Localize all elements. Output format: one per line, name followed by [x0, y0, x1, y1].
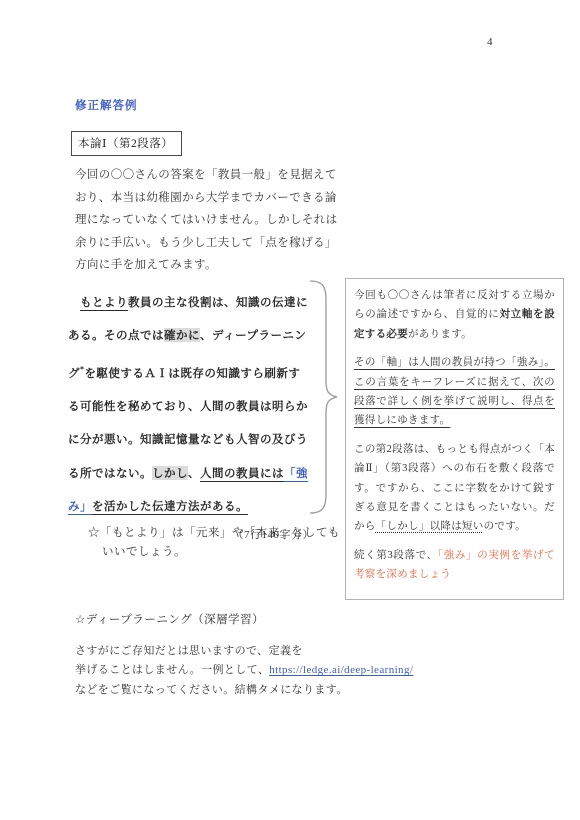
text-run: 「しかし」以降は短い — [376, 521, 484, 532]
text-run: 確かに — [164, 328, 200, 342]
intro-line: 今回の〇〇さんの答案を「教員一般」を見据えて — [75, 164, 337, 187]
section-heading-box: 本論Ⅰ（第2段落） — [71, 131, 182, 156]
text-run: しかし — [152, 466, 188, 480]
deep-learning-link[interactable]: https://ledge.ai/deep-learning/ — [269, 664, 413, 676]
text-run: のです。 — [484, 521, 526, 532]
text-run — [68, 295, 80, 309]
intro-line: おり、本当は幼稚園から大学までカバーできる論 — [75, 187, 337, 210]
intro-paragraph: 今回の〇〇さんの答案を「教員一般」を見据えて おり、本当は幼稚園から大学までカバ… — [75, 164, 337, 277]
text-run: る所ではない。 — [68, 466, 152, 480]
text-run: を活かした伝達方法がある。 — [92, 499, 248, 513]
text-run: グ — [68, 366, 80, 380]
text-run: を駆使するＡＩは既存の知識すら刷新す — [84, 366, 300, 380]
text-run: る可能性を秘めており、人間の教員は明らか — [68, 399, 308, 413]
quote-line: み」を活かした伝達方法がある。 — [68, 490, 314, 523]
motoyori-note-line: ☆「もとより」は「元来」や「本来」としても — [88, 524, 340, 543]
text-run: 、 — [188, 466, 200, 480]
deep-learning-note-title: ☆ディープラーニング（深層学習） — [75, 611, 264, 627]
commentary-paragraph: その「軸」は人間の教員が持つ「強み」。この言葉をキーフレーズに据えて、次の段落で… — [354, 353, 555, 431]
intro-line: 余りに手広い。もう少し工夫して「点を稼げる」 — [75, 232, 337, 255]
text-run: 「強 — [284, 466, 308, 480]
text-run: その「軸」は人間の教員が持つ「強み」。この言葉をキーフレーズに据えて、次の段落で… — [354, 357, 555, 426]
quote-line: もとより教員の主な役割は、知識の伝達に — [68, 286, 314, 319]
dl-note-line: さすがにご存知だとは思いますので、定義を — [75, 642, 413, 661]
model-answer-quote: もとより教員の主な役割は、知識の伝達に ある。その点では確かに、ディープラーニン… — [68, 286, 314, 542]
quote-line: グ*を駆使するＡＩは既存の知識すら刷新す — [68, 353, 314, 390]
text-run: 続く第3段落で、 — [354, 550, 438, 561]
commentary-paragraph: 続く第3段落で、「強み」の実例を挙げて考察を深めましょう — [354, 546, 555, 585]
dl-note-line: などをご覧になってください。結構タメになります。 — [75, 681, 413, 700]
page-number: 4 — [487, 36, 493, 48]
intro-line: 理になっていなくてはいけません。しかしそれは — [75, 209, 337, 232]
motoyori-note-line: いいでしょう。 — [88, 543, 340, 562]
text-run: 人間の教員には — [200, 466, 284, 480]
dl-note-line: 挙げることはしません。一例として、https://ledge.ai/deep-l… — [75, 661, 413, 680]
curly-brace-icon — [308, 280, 340, 514]
intro-line: 方向に手を加えてみます。 — [75, 254, 337, 277]
text-run: み」 — [68, 499, 92, 513]
deep-learning-note-paragraph: さすがにご存知だとは思いますので、定義を 挙げることはしません。一例として、ht… — [75, 642, 413, 700]
quote-line: ある。その点では確かに、ディープラーニン — [68, 319, 314, 352]
text-run: ある。その点では — [68, 328, 164, 342]
text-run: 教員の主な役割は、知識の伝達に — [128, 295, 308, 309]
commentary-paragraph: この第2段落は、もっとも得点がつく「本論Ⅱ」（第3段落）への布石を敷く段落です。… — [354, 440, 555, 537]
right-curly-brace — [308, 280, 340, 514]
quote-line: る所ではない。しかし、人間の教員には「強 — [68, 457, 314, 490]
text-run: この第2段落は、もっとも得点がつく「本論Ⅱ」（第3段落）への布石を敷く段落です。… — [354, 444, 555, 533]
text-run: があります。 — [408, 329, 472, 340]
text-run: もとより — [80, 295, 128, 309]
doc-title: 修正解答例 — [75, 97, 138, 113]
text-run: 、ディープラーニン — [200, 328, 307, 342]
commentary-box: 今回も〇〇さんは筆者に反対する立場からの論述ですから、自覚的に対立軸を設定する必… — [345, 278, 564, 600]
quote-line: る可能性を秘めており、人間の教員は明らか — [68, 390, 314, 423]
quote-line: に分が悪い。知識記憶量なども人智の及びう — [68, 423, 314, 456]
dl-note-line-prefix: 挙げることはしません。一例として、 — [75, 664, 269, 676]
text-run: に分が悪い。知識記憶量なども人智の及びう — [68, 432, 308, 446]
commentary-paragraph: 今回も〇〇さんは筆者に反対する立場からの論述ですから、自覚的に対立軸を設定する必… — [354, 286, 555, 344]
motoyori-note: ☆「もとより」は「元来」や「本来」としても いいでしょう。 — [88, 524, 340, 562]
